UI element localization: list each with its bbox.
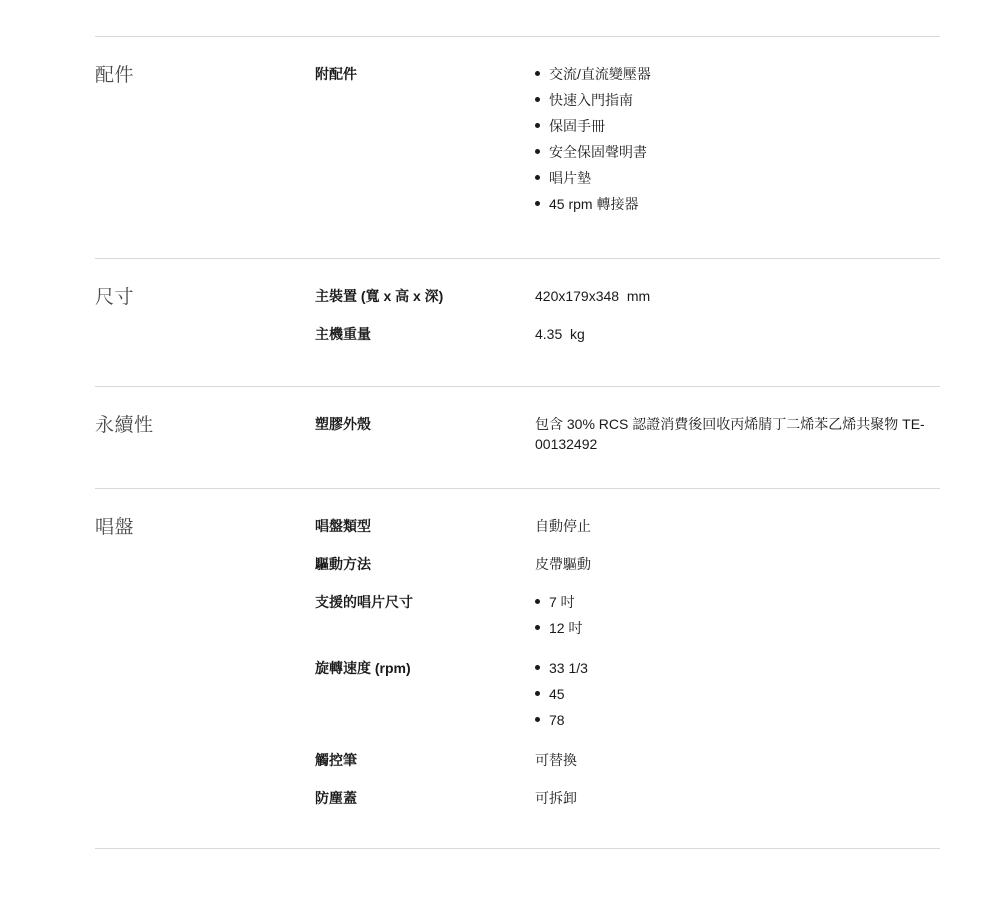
spec-value-line: 7 吋: [535, 592, 940, 612]
bullet-icon: [535, 201, 540, 206]
bullet-icon: [535, 691, 540, 696]
spec-value-line: 安全保固聲明書: [535, 142, 940, 162]
spec-row: 驅動方法 皮帶驅動: [315, 554, 940, 574]
section-title: 永續性: [95, 414, 315, 438]
spec-value-line: 45: [535, 684, 940, 704]
spec-label: 主機重量: [315, 324, 535, 344]
spec-value-text: 安全保固聲明書: [549, 142, 647, 162]
spec-label: 驅動方法: [315, 554, 535, 574]
section-rows: 唱盤類型 自動停止 驅動方法 皮帶驅動 支援的唱片尺寸 7 吋 12 吋 旋轉速…: [315, 516, 940, 808]
spec-label: 唱盤類型: [315, 516, 535, 536]
spec-values: 33 1/3 45 78: [535, 658, 940, 730]
section-title: 尺寸: [95, 286, 315, 310]
spec-label: 塑膠外殼: [315, 414, 535, 434]
spec-value-text: 78: [549, 710, 565, 730]
spec-section-2: 永續性 塑膠外殼 包含 30% RCS 認證消費後回收丙烯腈丁二烯苯乙烯共聚物 …: [95, 386, 940, 488]
bullet-icon: [535, 599, 540, 604]
spec-section-0: 配件 附配件 交流/直流變壓器 快速入門指南 保固手冊 安全保固聲明書 唱片墊 …: [95, 36, 940, 258]
spec-value-line: 包含 30% RCS 認證消費後回收丙烯腈丁二烯苯乙烯共聚物 TE-001324…: [535, 414, 940, 454]
bullet-icon: [535, 71, 540, 76]
spec-label: 支援的唱片尺寸: [315, 592, 535, 612]
spec-value-text: 包含 30% RCS 認證消費後回收丙烯腈丁二烯苯乙烯共聚物 TE-001324…: [535, 414, 940, 454]
spec-values: 4.35 kg: [535, 324, 940, 344]
spec-values: 可替換: [535, 750, 940, 770]
spec-value-line: 交流/直流變壓器: [535, 64, 940, 84]
spec-value-line: 可拆卸: [535, 788, 940, 808]
spec-value-text: 自動停止: [535, 516, 591, 536]
product-spec-table: 配件 附配件 交流/直流變壓器 快速入門指南 保固手冊 安全保固聲明書 唱片墊 …: [95, 36, 940, 849]
bullet-icon: [535, 149, 540, 154]
spec-value-text: 皮帶驅動: [535, 554, 591, 574]
spec-values: 可拆卸: [535, 788, 940, 808]
spec-value-text: 可拆卸: [535, 788, 577, 808]
spec-value-line: 78: [535, 710, 940, 730]
spec-value-text: 45 rpm 轉接器: [549, 194, 638, 214]
spec-value-text: 4.35 kg: [535, 324, 585, 344]
spec-value-text: 保固手冊: [549, 116, 605, 136]
spec-row: 主機重量 4.35 kg: [315, 324, 940, 344]
spec-label: 旋轉速度 (rpm): [315, 658, 535, 678]
bullet-icon: [535, 625, 540, 630]
spec-row: 旋轉速度 (rpm) 33 1/3 45 78: [315, 658, 940, 730]
spec-row: 支援的唱片尺寸 7 吋 12 吋: [315, 592, 940, 638]
bullet-icon: [535, 717, 540, 722]
spec-value-line: 快速入門指南: [535, 90, 940, 110]
bullet-icon: [535, 97, 540, 102]
section-title: 唱盤: [95, 516, 315, 540]
spec-label: 主裝置 (寬 x 高 x 深): [315, 286, 535, 306]
section-rows: 附配件 交流/直流變壓器 快速入門指南 保固手冊 安全保固聲明書 唱片墊 45 …: [315, 64, 940, 214]
spec-value-text: 可替換: [535, 750, 577, 770]
spec-value-line: 12 吋: [535, 618, 940, 638]
spec-value-line: 唱片墊: [535, 168, 940, 188]
spec-row: 附配件 交流/直流變壓器 快速入門指南 保固手冊 安全保固聲明書 唱片墊 45 …: [315, 64, 940, 214]
bullet-icon: [535, 665, 540, 670]
bullet-icon: [535, 123, 540, 128]
spec-value-line: 4.35 kg: [535, 324, 940, 344]
spec-row: 主裝置 (寬 x 高 x 深) 420x179x348 mm: [315, 286, 940, 306]
spec-value-text: 交流/直流變壓器: [549, 64, 651, 84]
spec-value-line: 自動停止: [535, 516, 940, 536]
spec-value-text: 7 吋: [549, 592, 575, 612]
spec-value-text: 420x179x348 mm: [535, 286, 650, 306]
spec-value-text: 唱片墊: [549, 168, 591, 188]
spec-label: 附配件: [315, 64, 535, 84]
spec-value-line: 保固手冊: [535, 116, 940, 136]
spec-value-text: 12 吋: [549, 618, 582, 638]
spec-value-line: 45 rpm 轉接器: [535, 194, 940, 214]
spec-section-3: 唱盤 唱盤類型 自動停止 驅動方法 皮帶驅動 支援的唱片尺寸 7 吋 12 吋 …: [95, 488, 940, 848]
spec-label: 觸控筆: [315, 750, 535, 770]
section-rows: 塑膠外殼 包含 30% RCS 認證消費後回收丙烯腈丁二烯苯乙烯共聚物 TE-0…: [315, 414, 940, 454]
spec-values: 交流/直流變壓器 快速入門指南 保固手冊 安全保固聲明書 唱片墊 45 rpm …: [535, 64, 940, 214]
spec-value-line: 皮帶驅動: [535, 554, 940, 574]
spec-row: 唱盤類型 自動停止: [315, 516, 940, 536]
spec-value-text: 33 1/3: [549, 658, 588, 678]
spec-value-line: 可替換: [535, 750, 940, 770]
spec-row: 防塵蓋 可拆卸: [315, 788, 940, 808]
section-rows: 主裝置 (寬 x 高 x 深) 420x179x348 mm 主機重量 4.35…: [315, 286, 940, 344]
spec-row: 觸控筆 可替換: [315, 750, 940, 770]
bullet-icon: [535, 175, 540, 180]
spec-values: 7 吋 12 吋: [535, 592, 940, 638]
spec-value-text: 快速入門指南: [549, 90, 633, 110]
spec-values: 自動停止: [535, 516, 940, 536]
section-title: 配件: [95, 64, 315, 88]
spec-section-1: 尺寸 主裝置 (寬 x 高 x 深) 420x179x348 mm 主機重量 4…: [95, 258, 940, 386]
spec-value-line: 33 1/3: [535, 658, 940, 678]
spec-value-line: 420x179x348 mm: [535, 286, 940, 306]
spec-values: 420x179x348 mm: [535, 286, 940, 306]
spec-values: 包含 30% RCS 認證消費後回收丙烯腈丁二烯苯乙烯共聚物 TE-001324…: [535, 414, 940, 454]
spec-values: 皮帶驅動: [535, 554, 940, 574]
spec-value-text: 45: [549, 684, 565, 704]
spec-row: 塑膠外殼 包含 30% RCS 認證消費後回收丙烯腈丁二烯苯乙烯共聚物 TE-0…: [315, 414, 940, 454]
spec-label: 防塵蓋: [315, 788, 535, 808]
